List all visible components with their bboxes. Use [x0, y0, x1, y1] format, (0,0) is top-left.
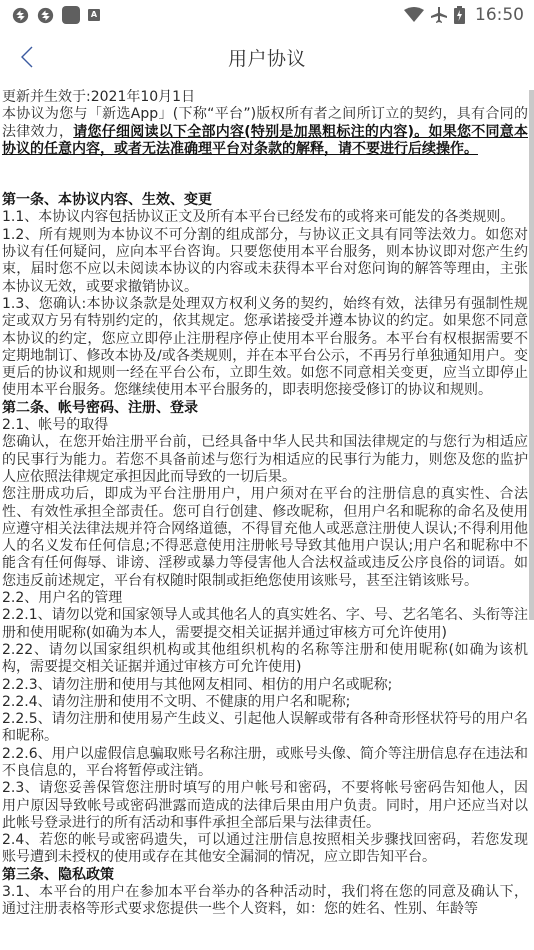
- clause: 1.2、所有规则为本协议不可分割的组成部分，与协议正文具有同等法效力。如您对协议…: [2, 227, 528, 296]
- clause: 2.2.3、请勿注册和使用与其他网友相同、相仿的用户名或昵称;: [2, 677, 528, 694]
- airplane-icon: [430, 6, 448, 24]
- clause: 您确认，在您开始注册平台前，已经具备中华人民共和国法律规定的与您行为相适应的民事…: [2, 434, 528, 486]
- clause: 2.3、请您妥善保管您注册时填写的用户帐号和密码，不要将帐号密码告知他人，因用户…: [2, 780, 528, 832]
- clause: 3.1、本平台的用户在参加本平台举办的各种活动时，我们将在您的同意及确认下，通过…: [2, 884, 528, 919]
- wifi-icon: [404, 7, 424, 23]
- section-heading: 第二条、帐号密码、注册、登录: [2, 400, 528, 417]
- status-right-icons: 16:50: [404, 5, 524, 25]
- clause: 2.22、请勿以国家组织机构或其他组织机构的名称等注册和使用昵称(如确为该机构，…: [2, 642, 528, 677]
- section-heading: 第一条、本协议内容、生效、变更: [2, 192, 528, 209]
- clause: 2.2、用户名的管理: [2, 590, 528, 607]
- sync-icon: [12, 7, 29, 24]
- clause: 2.4、若您的帐号或密码遗失，可以通过注册信息按照相关步骤找回密码，若您发现账号…: [2, 832, 528, 867]
- nav-bar: 用户协议: [0, 30, 534, 86]
- agreement-content[interactable]: 更新并生效于:2021年10月1日 本协议为您与「新选App」(下称“平台”)版…: [0, 89, 528, 950]
- clause: 您注册成功后，即成为平台注册用户，用户须对在平台的注册信息的真实性、合法性、有效…: [2, 486, 528, 590]
- status-bar: A 16:50: [0, 0, 534, 30]
- font-a-icon: A: [88, 9, 100, 21]
- status-left-icons: A: [12, 6, 100, 24]
- page-title: 用户协议: [0, 44, 534, 71]
- intro-paragraph: 本协议为您与「新选App」(下称“平台”)版权所有者之间所订立的契约，具有合同的…: [2, 106, 528, 158]
- clause: 1.1、本协议内容包括协议正文及所有本平台已经发布的或将来可能发的各类规则。: [2, 209, 528, 226]
- clause: 2.1、帐号的取得: [2, 417, 528, 434]
- intro-emphasis: 请您仔细阅读以下全部内容(特别是加黑粗标注的内容)。如果您不同意本协议的任意内容…: [2, 124, 528, 157]
- scrollbar[interactable]: [529, 90, 534, 620]
- section-heading: 第三条、隐私政策: [2, 867, 528, 884]
- clause: 2.2.1、请勿以党和国家领导人或其他名人的真实姓名、字、号、艺名笔名、头衔等注…: [2, 607, 528, 642]
- status-time: 16:50: [475, 5, 524, 25]
- clause: 2.2.5、请勿注册和使用易产生歧义、引起他人误解或带有各种奇形怪状符号的用户名…: [2, 711, 528, 746]
- clause: 2.2.4、请勿注册和使用不文明、不健康的用户名和昵称;: [2, 694, 528, 711]
- battery-charging-icon: [454, 6, 465, 24]
- sync-icon: [37, 7, 54, 24]
- spacer: [2, 158, 528, 192]
- app-square-icon: [62, 6, 80, 24]
- clause: 2.2.6、用户以虚假信息骗取账号名称注册，或账号头像、简介等注册信息存在违法和…: [2, 746, 528, 781]
- clause: 1.3、您确认:本协议条款是处理双方权利义务的契约，始终有效，法律另有强制性规定…: [2, 296, 528, 400]
- effective-date: 更新并生效于:2021年10月1日: [2, 89, 528, 106]
